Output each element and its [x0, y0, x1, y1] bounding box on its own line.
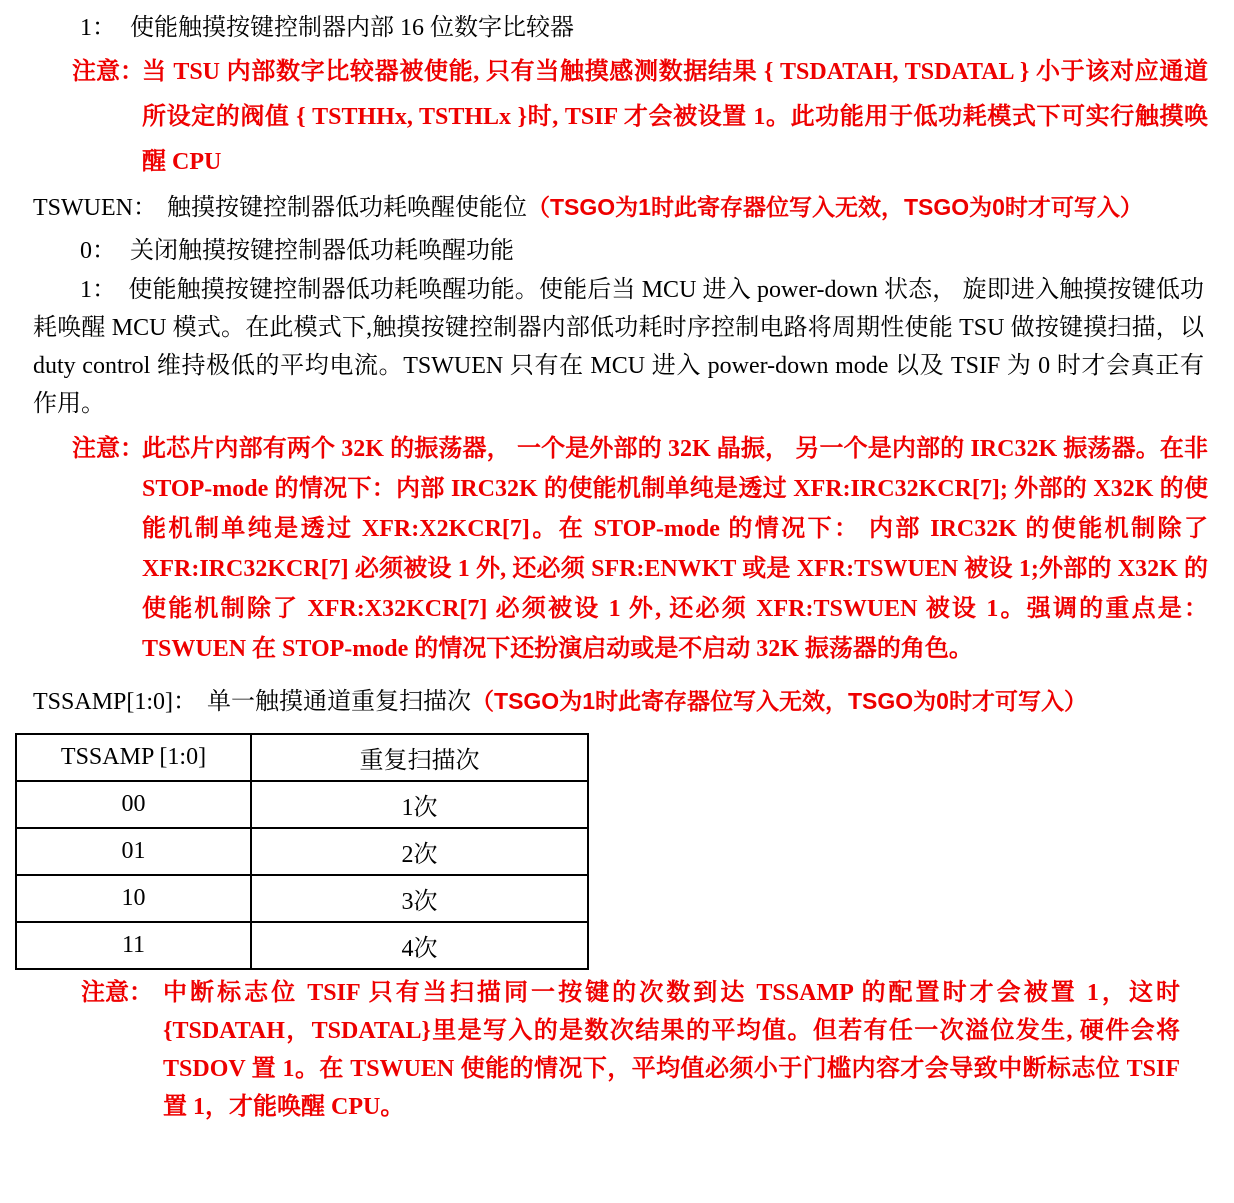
table-header-tssamp: TSSAMP [1:0] — [16, 734, 251, 781]
scan-count-cell: 3次 — [251, 875, 588, 922]
note-body: 中断标志位 TSIF 只有当扫描同一按键的次数到达 TSSAMP 的配置时才会被… — [163, 980, 1180, 1120]
comparator-note: 注意： 当 TSU 内部数字比较器被使能, 只有当触摸感测数据结果 { TSDA… — [0, 50, 1208, 185]
tssamp-code-cell: 11 — [16, 922, 251, 969]
scan-count-cell: 1次 — [251, 781, 588, 828]
tssamp-code-cell: 01 — [16, 828, 251, 875]
note-label: 注意： — [72, 50, 144, 95]
tsif-note: 注意： 中断标志位 TSIF 只有当扫描同一按键的次数到达 TSSAMP 的配置… — [0, 974, 1180, 1126]
table-row: 01 2次 — [16, 828, 588, 875]
bit-description: 关闭触摸按键控制器低功耗唤醒功能 — [130, 238, 514, 264]
tswuen-bit0-line: 0：关闭触摸按键控制器低功耗唤醒功能 — [80, 231, 1234, 271]
table-header-row: TSSAMP [1:0] 重复扫描次 — [16, 734, 588, 781]
scan-count-cell: 2次 — [251, 828, 588, 875]
note-body: 此芯片内部有两个 32K 的振荡器， 一个是外部的 32K 晶振， 另一个是内部… — [142, 436, 1208, 662]
tswuen-definition: TSWUEN：触摸按键控制器低功耗唤醒使能位（TSGO为1时此寄存器位写入无效，… — [33, 185, 1206, 231]
comparator-bit1-line: 1：使能触摸按键控制器内部 16 位数字比较器 — [80, 8, 1234, 48]
tssamp-term: TSSAMP[1:0]： — [33, 689, 197, 715]
bit-value: 1： — [80, 277, 116, 303]
bit-description: 使能触摸按键控制器内部 16 位数字比较器 — [130, 15, 574, 41]
note-label: 注意： — [72, 429, 144, 469]
table-row: 11 4次 — [16, 922, 588, 969]
tssamp-description: 单一触摸通道重复扫描次 — [207, 689, 471, 715]
tssamp-code-cell: 00 — [16, 781, 251, 828]
bit-value: 0： — [80, 238, 116, 264]
tssamp-table: TSSAMP [1:0] 重复扫描次 00 1次 01 2次 10 3次 11 … — [15, 733, 589, 970]
tssamp-definition: TSSAMP[1:0]：单一触摸通道重复扫描次（TSGO为1时此寄存器位写入无效… — [33, 679, 1206, 725]
bit-value: 1： — [80, 15, 116, 41]
tssamp-write-warning: （TSGO为1时此寄存器位写入无效，TSGO为0时才可写入） — [471, 688, 1087, 714]
tswuen-term: TSWUEN： — [33, 195, 157, 221]
table-row: 10 3次 — [16, 875, 588, 922]
tswuen-bit1-paragraph: 1：使能触摸按键控制器低功耗唤醒功能。使能后当 MCU 进入 power-dow… — [33, 271, 1204, 423]
scan-count-cell: 4次 — [251, 922, 588, 969]
tssamp-code-cell: 10 — [16, 875, 251, 922]
table-row: 00 1次 — [16, 781, 588, 828]
document-page: 1：使能触摸按键控制器内部 16 位数字比较器 注意： 当 TSU 内部数字比较… — [0, 0, 1234, 1203]
note-label: 注意： — [81, 974, 153, 1012]
table-header-scan-count: 重复扫描次 — [251, 734, 588, 781]
note-body: 当 TSU 内部数字比较器被使能, 只有当触摸感测数据结果 { TSDATAH,… — [142, 59, 1208, 175]
tswuen-write-warning: （TSGO为1时此寄存器位写入无效，TSGO为0时才可写入） — [527, 194, 1143, 220]
oscillator-note: 注意： 此芯片内部有两个 32K 的振荡器， 一个是外部的 32K 晶振， 另一… — [0, 429, 1208, 669]
tswuen-description: 触摸按键控制器低功耗唤醒使能位 — [167, 195, 527, 221]
bit-description: 使能触摸按键控制器低功耗唤醒功能。使能后当 MCU 进入 power-down … — [33, 277, 1204, 417]
